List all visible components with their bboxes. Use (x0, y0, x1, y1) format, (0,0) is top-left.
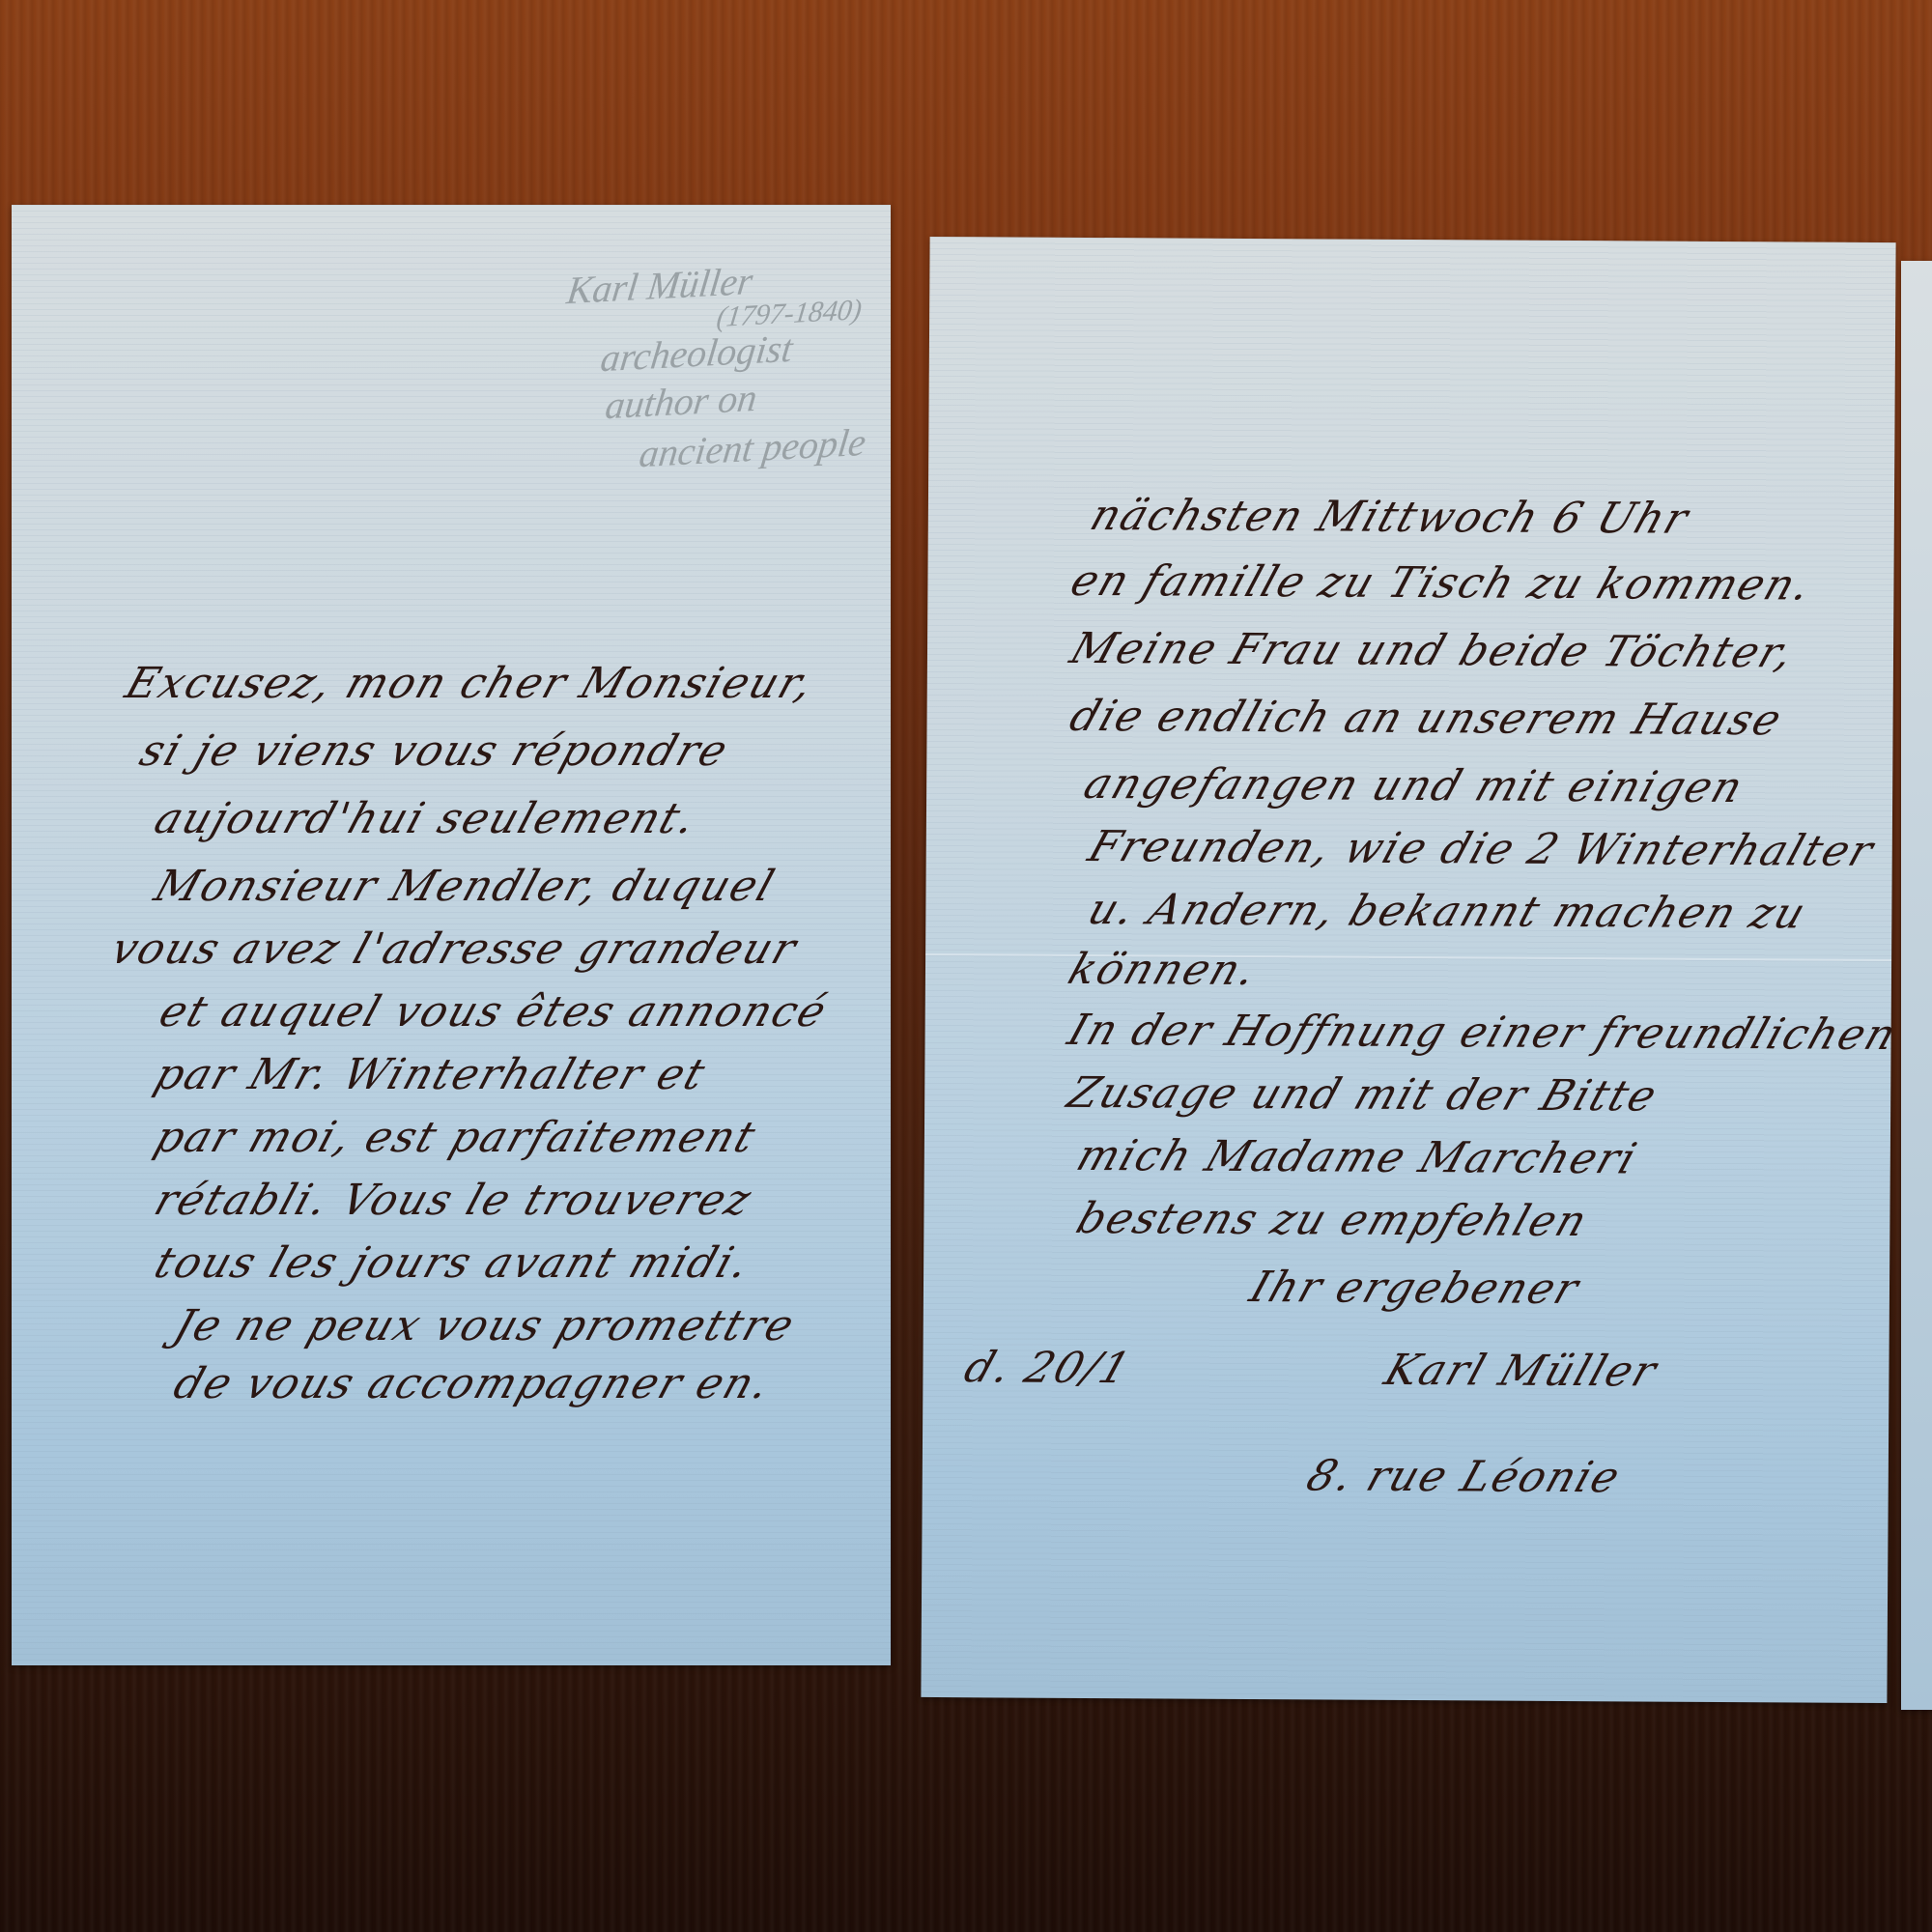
letter-line: In der Hoffnung einer freundlichen (1062, 1006, 1904, 1060)
letter-line: par moi, est parfaitement (149, 1113, 763, 1162)
letter-page-edge (1901, 261, 1932, 1710)
letter-line: Excusez, mon cher Monsieur, (120, 659, 821, 708)
letter-closing: Ihr ergebener (1244, 1263, 1587, 1314)
paper-fold-line (925, 953, 1891, 961)
letter-line: de vous accompagner en. (168, 1359, 778, 1408)
address: 8. rue Léonie (1300, 1451, 1627, 1502)
letter-line: si je viens vous répondre (134, 726, 735, 776)
letter-page-left: Karl Müller (1797-1840) archeologist aut… (12, 205, 891, 1665)
letter-line: Je ne peux vous promettre (168, 1301, 802, 1350)
letter-line: aujourd'hui seulement. (149, 794, 703, 843)
letter-line: Meine Frau und beide Töchter, (1065, 624, 1802, 677)
signature: Karl Müller (1378, 1346, 1664, 1397)
letter-line: tous les jours avant midi. (149, 1238, 757, 1288)
letter-line: rétabli. Vous le trouverez (149, 1176, 759, 1225)
letter-line: vous avez l'adresse grandeur (105, 924, 804, 974)
letter-line: können. (1063, 945, 1264, 995)
letter-date: d. 20/1 (958, 1343, 1138, 1393)
letter-line: par Mr. Winterhalter et (149, 1050, 713, 1099)
letter-line: Freunden, wie die 2 Winterhalter (1082, 822, 1881, 876)
letter-line: nächsten Mittwoch 6 Uhr (1084, 491, 1695, 544)
letter-page-right: nächsten Mittwoch 6 Uhr en famille zu Ti… (921, 237, 1895, 1703)
letter-line: Zusage und mit der Bitte (1062, 1068, 1664, 1122)
letter-line: en famille zu Tisch zu kommen. (1065, 556, 1819, 611)
letter-line: u. Andern, bekannt machen zu (1082, 885, 1813, 938)
letter-line: bestens zu empfehlen (1070, 1194, 1595, 1246)
letter-line: die endlich an unserem Hause (1064, 692, 1789, 745)
pencil-note-line-4: author on (603, 375, 759, 429)
pencil-note-line-5: ancient people (637, 419, 868, 477)
letter-line: mich Madame Marcheri (1070, 1131, 1644, 1183)
letter-line: et auquel vous êtes annoncé (154, 987, 834, 1037)
letter-line: angefangen und mit einigen (1078, 759, 1750, 812)
letter-line: Monsieur Mendler, duquel (149, 862, 782, 911)
pencil-note-line-3: archeologist (598, 326, 795, 382)
